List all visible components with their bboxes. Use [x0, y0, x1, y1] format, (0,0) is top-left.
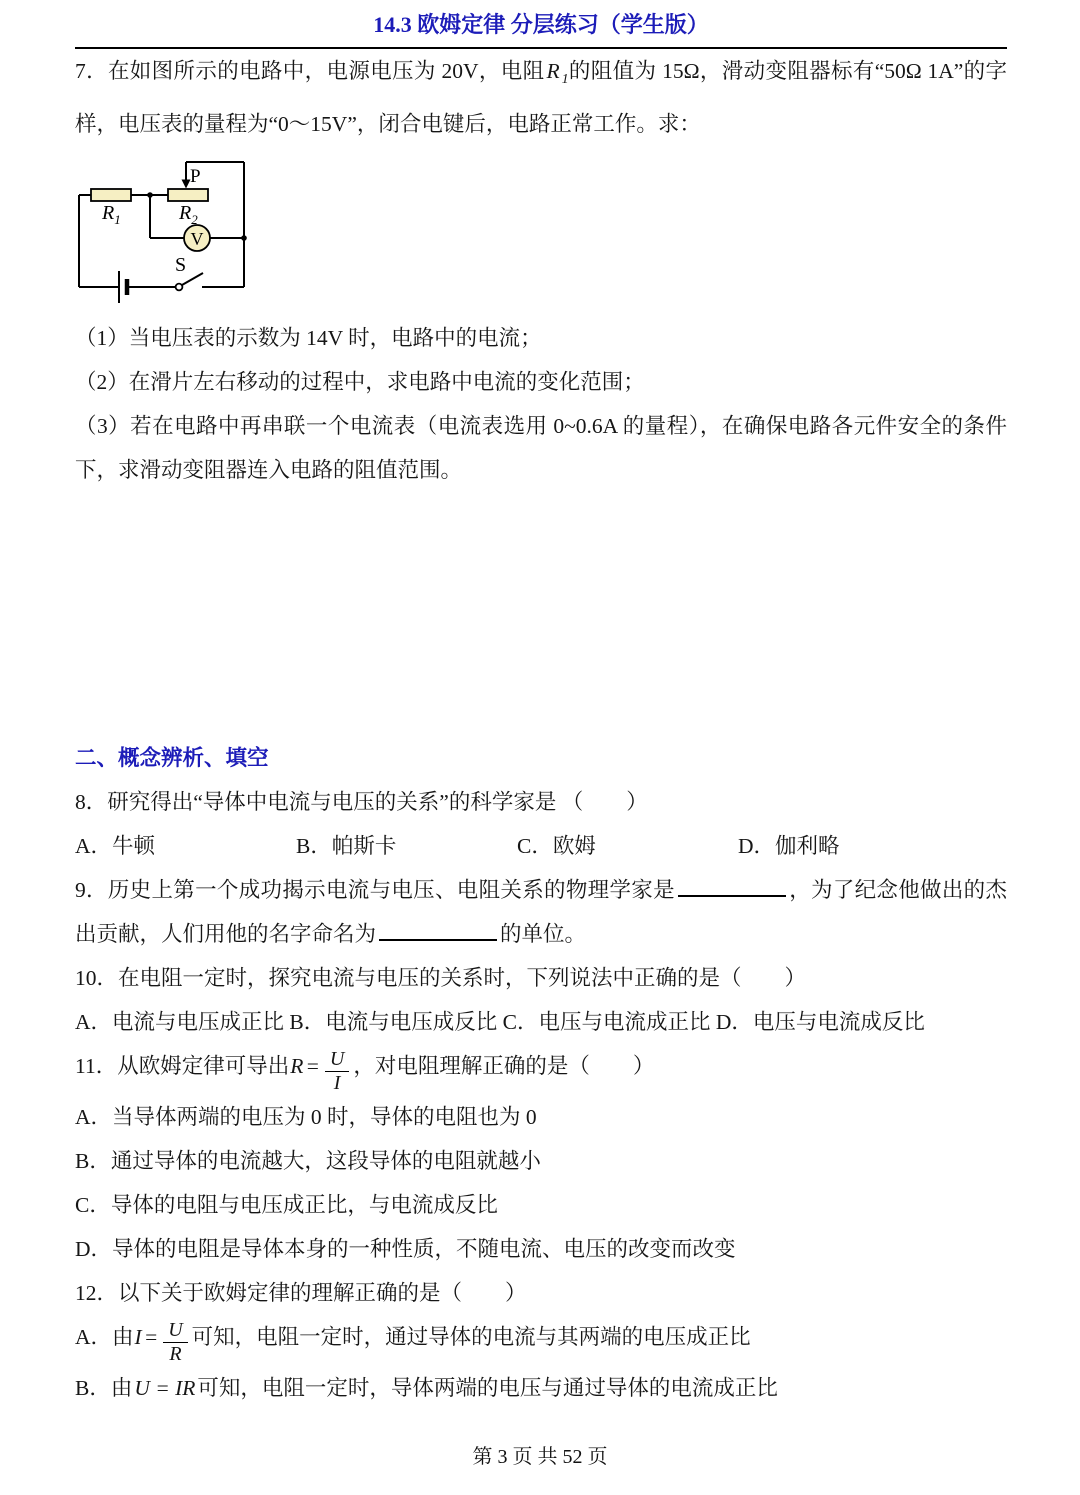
- q12b-formula: U = IR: [132, 1376, 197, 1400]
- question7-stem: 7．在如图所示的电路中，电源电压为 20V，电阻R1的阻值为 15Ω，滑动变阻器…: [75, 49, 1007, 146]
- section2-title: 二、概念辨析、填空: [75, 736, 1007, 780]
- question11-stem: 11．从欧姆定律可导出R=UI，对电阻理解正确的是（ ）: [75, 1044, 1007, 1095]
- r1-label: R1: [101, 202, 121, 227]
- junction-dot: [147, 192, 153, 198]
- q7-part2: （2）在滑片左右移动的过程中，求电路中电流的变化范围；: [75, 360, 1007, 404]
- r1-label-sub: 1: [114, 212, 121, 227]
- q12a-formula-lhs: I: [134, 1325, 143, 1349]
- switch-pivot: [176, 284, 183, 291]
- q9-stem-part1: 9．历史上第一个成功揭示电流与电压、电阻关系的物理学家是: [75, 878, 675, 902]
- q7-part3: （3）若在电路中再串联一个电流表（电流表选用 0~0.6A 的量程），在确保电路…: [75, 404, 1007, 492]
- q11-option-d: D．导体的电阻是导体本身的一种性质，不随电流、电压的改变而改变: [75, 1227, 1007, 1271]
- r2-label: R2: [178, 202, 198, 227]
- q7-r1-symbol: R: [544, 59, 561, 83]
- q8-option-d: D．伽利略: [738, 824, 840, 868]
- question9-stem: 9．历史上第一个成功揭示电流与电压、电阻关系的物理学家是，为了纪念他做出的杰出贡…: [75, 868, 1007, 956]
- q9-blank-2: [379, 917, 497, 941]
- q8-option-a: A．牛顿: [75, 824, 296, 868]
- q9-stem-part3: 的单位。: [500, 922, 586, 946]
- q12a-suffix: 可知，电阻一定时，通过导体的电流与其两端的电压成正比: [192, 1325, 751, 1349]
- q12a-prefix: A．由: [75, 1325, 134, 1349]
- resistor-r1: [91, 189, 131, 201]
- fraction-numerator: U: [163, 1319, 187, 1342]
- q9-blank-1: [678, 873, 786, 897]
- q11-formula-fraction: UI: [325, 1048, 349, 1095]
- switch-label: S: [175, 254, 186, 276]
- page-content: 14.3 欧姆定律 分层练习（学生版） 7．在如图所示的电路中，电源电压为 20…: [0, 0, 1080, 1410]
- r2-label-base: R: [178, 202, 191, 224]
- r2-label-sub: 2: [191, 212, 198, 227]
- circuit-svg: V R1 R2 P S: [75, 154, 265, 316]
- q7-stem-part1: 7．在如图所示的电路中，电源电压为 20V，电阻: [75, 59, 544, 83]
- q11-formula-eq: =: [304, 1054, 321, 1078]
- q12b-prefix: B．由: [75, 1376, 132, 1400]
- q11-option-a: A．当导体两端的电压为 0 时，导体的电阻也为 0: [75, 1095, 1007, 1139]
- q11-option-b: B．通过导体的电流越大，这段导体的电阻就越小: [75, 1139, 1007, 1183]
- q7-r1-subscript: 1: [562, 72, 569, 87]
- q12-option-b: B．由U = IR可知，电阻一定时，导体两端的电压与通过导体的电流成正比: [75, 1366, 1007, 1410]
- q11-formula-lhs: R: [289, 1054, 304, 1078]
- slider-label: P: [190, 166, 201, 187]
- worksheet-page: 14.3 欧姆定律 分层练习（学生版） 7．在如图所示的电路中，电源电压为 20…: [0, 0, 1080, 1495]
- r1-label-base: R: [101, 202, 114, 224]
- q11-option-c: C．导体的电阻与电压成正比，与电流成反比: [75, 1183, 1007, 1227]
- answer-space: [75, 492, 1007, 736]
- q12-option-a: A．由I=UR可知，电阻一定时，通过导体的电流与其两端的电压成正比: [75, 1315, 1007, 1366]
- question8-stem: 8．研究得出“导体中电流与电压的关系”的科学家是 （ ）: [75, 780, 1007, 824]
- voltmeter-label: V: [191, 229, 204, 249]
- page-number: 第 3 页 共 52 页: [0, 1440, 1080, 1469]
- question10-stem: 10．在电阻一定时，探究电流与电压的关系时，下列说法中正确的是（ ）: [75, 956, 1007, 1000]
- fraction-denominator: I: [325, 1071, 349, 1095]
- q11-stem-part2: ，对电阻理解正确的是（ ）: [353, 1054, 654, 1078]
- q11-stem-part1: 11．从欧姆定律可导出: [75, 1054, 289, 1078]
- question12-stem: 12．以下关于欧姆定律的理解正确的是（ ）: [75, 1271, 1007, 1315]
- q10-options-line: A．电流与电压成正比 B．电流与电压成反比 C．电压与电流成正比 D．电压与电流…: [75, 1000, 1007, 1044]
- rheostat-r2: [168, 189, 208, 201]
- q12b-suffix: 可知，电阻一定时，导体两端的电压与通过导体的电流成正比: [197, 1376, 778, 1400]
- q8-option-b: B．帕斯卡: [296, 824, 517, 868]
- page-title: 14.3 欧姆定律 分层练习（学生版）: [75, 0, 1007, 38]
- circuit-diagram: V R1 R2 P S: [75, 154, 1007, 316]
- junction-dot: [241, 235, 247, 241]
- q8-options-row: A．牛顿 B．帕斯卡 C．欧姆 D．伽利略: [75, 824, 1007, 868]
- q8-option-c: C．欧姆: [517, 824, 738, 868]
- q12a-formula-eq: =: [143, 1325, 160, 1349]
- q7-part1: （1）当电压表的示数为 14V 时，电路中的电流；: [75, 316, 1007, 360]
- fraction-denominator: R: [163, 1342, 187, 1366]
- fraction-numerator: U: [325, 1048, 349, 1071]
- q12a-formula-fraction: UR: [163, 1319, 187, 1366]
